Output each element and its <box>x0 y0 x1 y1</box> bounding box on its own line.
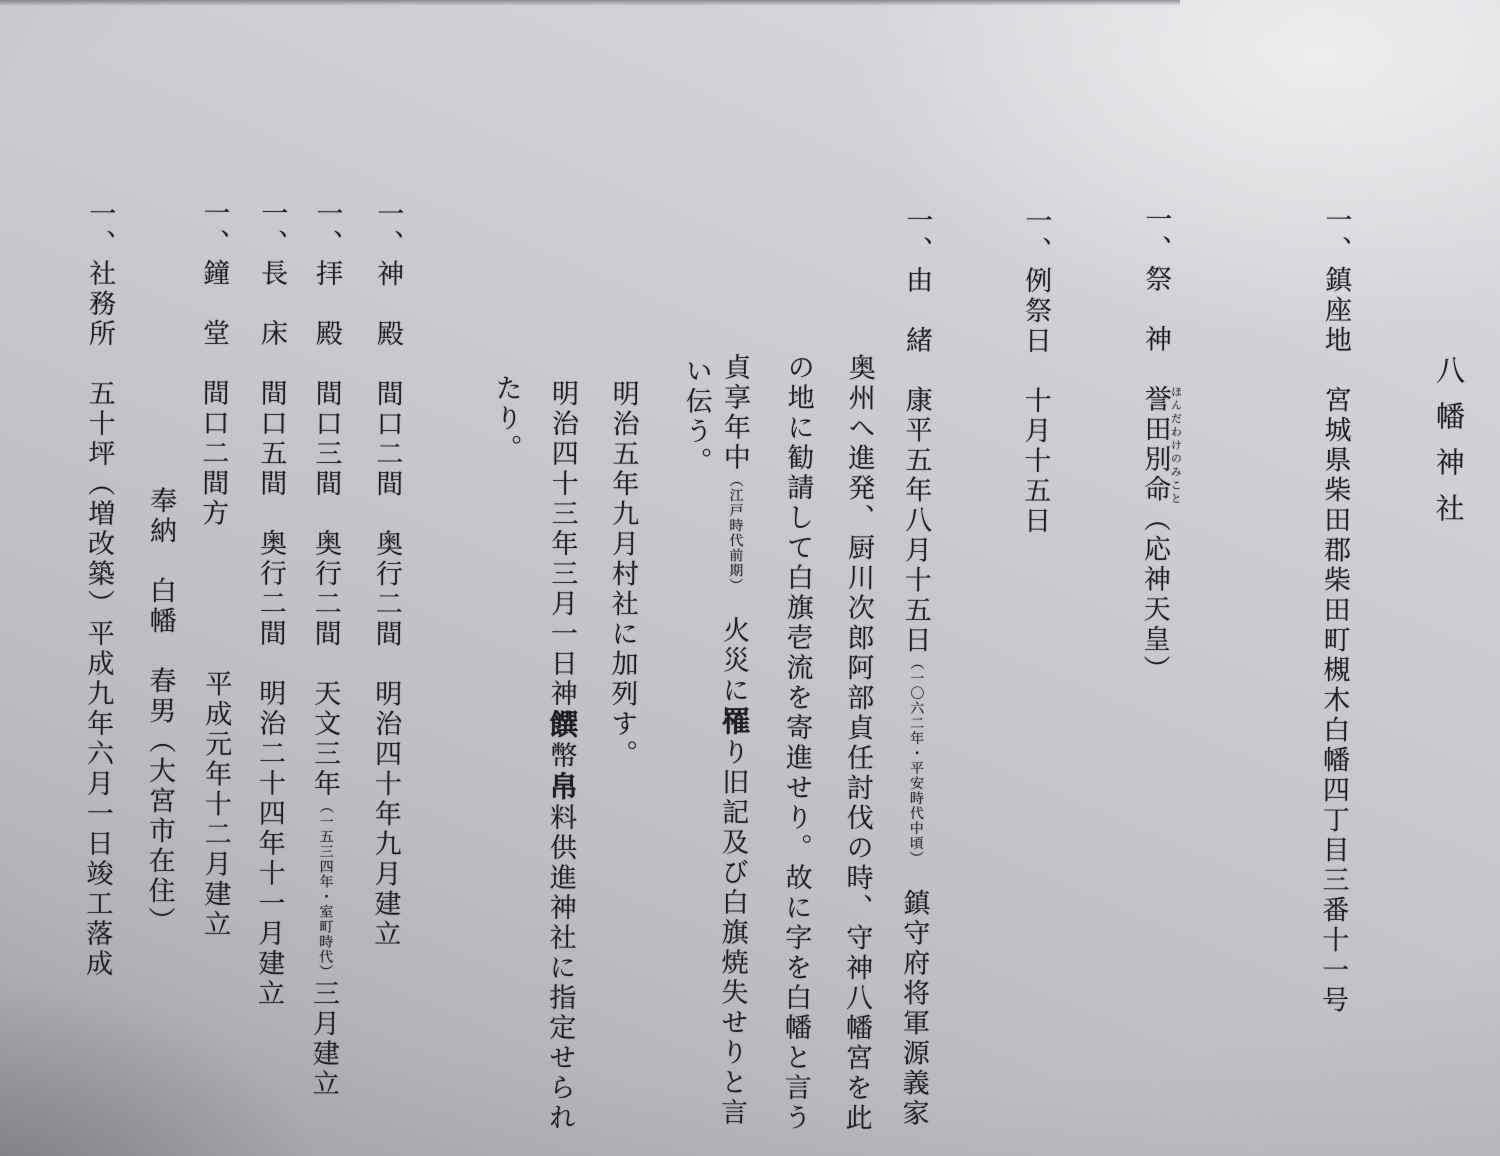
column-history-line4: 貞享年中（江戸時代前期） 火災に罹り旧記及び白旗焼失せりと言 <box>715 353 753 1128</box>
column-history-line6: 明治五年九月村社に加列す。 <box>605 379 639 769</box>
deity-label: 一、祭 神 <box>1141 205 1172 385</box>
era-annotation-muromachi: （一五三四年・室町時代） <box>317 799 333 979</box>
era-annotation-edo: （江戸時代前期） <box>727 473 742 586</box>
history-line4-mid: 火災に <box>719 586 750 706</box>
history-line7-mid: 幣 <box>546 741 576 771</box>
column-deity: 一、祭 神 誉田別命ほんだわけのみこと（応神天皇） <box>1138 205 1183 685</box>
handwritten-correction-haku: 帛 <box>545 771 577 803</box>
history-line7-tail: 料供進神社に指定せられ <box>545 803 576 1133</box>
column-bell-tower-date: 平成元年十二月建立 <box>198 670 231 940</box>
worship-hall-tail: 三月建立 <box>309 979 340 1099</box>
era-annotation-1062: （一〇六二年・平安時代中頃） <box>908 656 924 859</box>
column-main-hall: 一、神 殿 間口二間 奥行二間 明治四十年九月建立 <box>368 199 403 949</box>
handwritten-correction-kakaru: 罹 <box>718 706 750 738</box>
deity-name: 誉田別命ほんだわけのみこと <box>1140 385 1171 505</box>
column-history-line1: 一、由 緒 康平五年八月十五日（一〇六二年・平安時代中頃） 鎮守府将軍源義家 <box>897 206 933 1129</box>
column-worship-hall: 一、拝 殿 間口三間 奥行二間 天文三年（一五三四年・室町時代）三月建立 <box>307 199 343 1099</box>
deity-paren: （応神天皇） <box>1139 505 1170 685</box>
history-line7-head: 明治四十三年三月一日神 <box>547 379 578 709</box>
column-location: 一、鎮座地 宮城県柴田郡柴田町槻木白幡四丁目三番十一号 <box>1316 205 1351 1015</box>
history-label-and-date: 一、由 緒 康平五年八月十五日 <box>901 206 933 656</box>
column-bell-tower: 一、鐘 堂 間口二間方 <box>196 199 229 529</box>
column-history-line8: たり。 <box>489 374 521 464</box>
column-history-line2: 奥州へ進発、厨川次郎阿部貞任討伐の時、守神八幡宮を此 <box>840 353 875 1133</box>
column-history-line7: 明治四十三年三月一日神饌幣帛料供進神社に指定せられ <box>543 379 581 1133</box>
history-line4-tail: り旧記及び白旗焼失せりと言 <box>717 738 749 1128</box>
history-line4-head: 貞享年中 <box>720 353 751 473</box>
handwritten-correction-sen: 饌 <box>546 709 578 741</box>
deity-name-text: 誉田別命 <box>1140 385 1171 505</box>
deity-furigana: ほんだわけのみこと <box>1169 385 1182 505</box>
column-nagatoko-hall: 一、長 床 間口五間 奥行二間 明治二十四年十一月建立 <box>252 199 287 1009</box>
history-line1-tail: 鎮守府将軍源義家 <box>898 859 929 1129</box>
page-title: 八幡神社 <box>1430 355 1465 539</box>
column-donation: 奉納 白幡 春男（大宮市在住） <box>142 486 176 936</box>
column-history-line5: い伝う。 <box>679 357 711 477</box>
document-text-block: 八幡神社 一、鎮座地 宮城県柴田郡柴田町槻木白幡四丁目三番十一号 一、祭 神 誉… <box>0 0 1500 1156</box>
shrine-history-document-photo: 八幡神社 一、鎮座地 宮城県柴田郡柴田町槻木白幡四丁目三番十一号 一、祭 神 誉… <box>0 0 1500 1156</box>
worship-hall-head: 一、拝 殿 間口三間 奥行二間 天文三年 <box>310 199 343 799</box>
column-shrine-office: 一、社務所 五十坪（増改築）平成九年六月一日竣工落成 <box>80 199 115 979</box>
column-history-line3: の地に勧請して白旗壱流を寄進せり。故に字を白幡と言う <box>779 353 814 1133</box>
column-festival-day: 一、例祭日 十月十五日 <box>1018 206 1051 536</box>
